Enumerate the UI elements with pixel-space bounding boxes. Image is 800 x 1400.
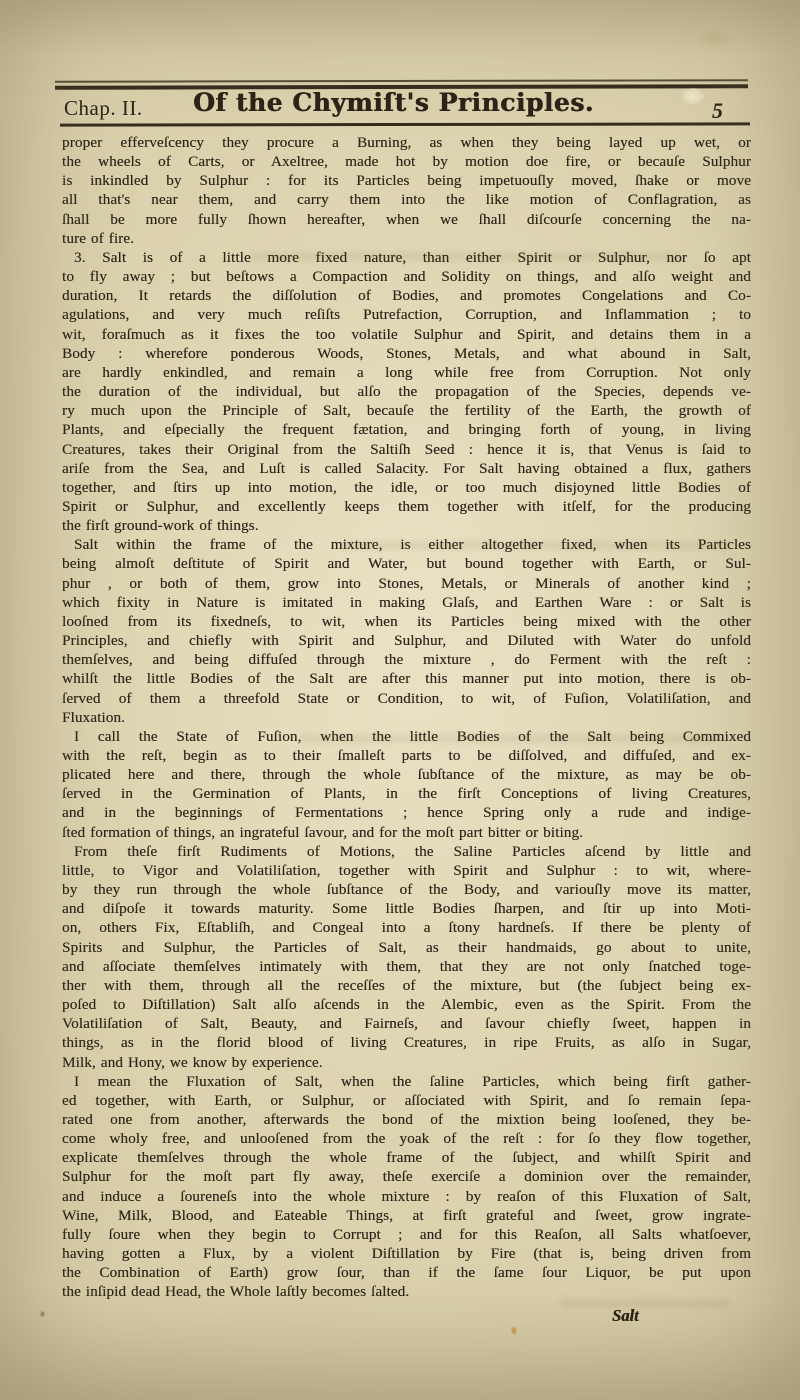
text-line: are hardly enkindled, and remain a long … xyxy=(62,363,751,382)
text-line: themſelves, and being diffuſed through t… xyxy=(62,650,751,669)
text-line: to fly away ; but beſtows a Compaction a… xyxy=(62,267,751,286)
text-line: duration, It retards the diſſolution of … xyxy=(62,286,751,305)
text-line: which fixity in Nature is imitated in ma… xyxy=(62,593,751,612)
text-line: ther with them, through all the receſſes… xyxy=(62,976,751,995)
text-line: the wheels of Carts, or Axeltree, made h… xyxy=(62,152,751,171)
paper-crease-blemish xyxy=(682,88,704,104)
text-line: rated one from another, afterwards the b… xyxy=(62,1110,751,1129)
text-line: looſned from its fixedneſs, to wit, when… xyxy=(62,612,751,631)
text-line: fully ſoure when they begin to Corrupt ;… xyxy=(62,1225,751,1244)
text-line: whilſt the little Bodies of the Salt are… xyxy=(62,669,751,688)
book-page: Chap. II. Of the Chymiſt's Principles. 5… xyxy=(0,0,800,1400)
text-line: explicate themſelves through the whole f… xyxy=(62,1148,751,1167)
text-line: ſhall be more fully ſhown hereafter, whe… xyxy=(62,210,751,229)
text-line: Plants, and eſpecially the frequent fæta… xyxy=(62,420,751,439)
text-line: things, as in the florid blood of living… xyxy=(62,1033,751,1052)
text-line: together, and ſtirs up into motion, the … xyxy=(62,478,751,497)
text-line: and induce a ſoureneſs into the whole mi… xyxy=(62,1187,751,1206)
text-line: the firſt ground-work of things. xyxy=(62,516,751,535)
body-text: proper efferveſcency they procure a Burn… xyxy=(62,133,751,1302)
text-line: Salt within the frame of the mixture, is… xyxy=(62,535,751,554)
text-line: proper efferveſcency they procure a Burn… xyxy=(62,133,751,152)
header-rule-thin xyxy=(55,79,748,82)
chapter-label: Chap. II. xyxy=(64,96,143,121)
text-line: Principles, and chiefly with Spirit and … xyxy=(62,631,751,650)
text-line: 3. Salt is of a little more fixed nature… xyxy=(62,248,751,267)
text-line: and in the beginnings of Fermentations ;… xyxy=(62,803,751,822)
text-line: Spirits and Sulphur, the Particles of Sa… xyxy=(62,938,751,957)
text-line: ry much upon the Principle of Salt, beca… xyxy=(62,401,751,420)
text-line: wit, foraſmuch as it fixes the too volat… xyxy=(62,325,751,344)
text-line: Milk, and Hony, we know by experience. xyxy=(62,1053,751,1072)
text-line: little, to Vigor and Volatiliſation, tog… xyxy=(62,861,751,880)
text-line: ſerved in the Germination of Plants, in … xyxy=(62,784,751,803)
text-line: the duration of the individual, but alſo… xyxy=(62,382,751,401)
header-rule-bottom xyxy=(60,122,750,126)
text-line: and diſpoſe it towards maturity. Some li… xyxy=(62,899,751,918)
text-line: ſted formation of things, an ingrateful … xyxy=(62,823,751,842)
text-line: being almoſt deſtitute of Spirit and Wat… xyxy=(62,554,751,573)
text-line: by they run through the whole ſubſtance … xyxy=(62,880,751,899)
text-line: having gotten a Flux, by a violent Diſti… xyxy=(62,1244,751,1263)
text-line: ed together, with Earth, or Sulphur, or … xyxy=(62,1091,751,1110)
text-line: the inſipid dead Head, the Whole laſtly … xyxy=(62,1282,751,1301)
text-line: agulations, and very much reſiſts Putref… xyxy=(62,305,751,324)
text-line: From theſe firſt Rudiments of Motions, t… xyxy=(62,842,751,861)
text-line: plicated here and there, through the who… xyxy=(62,765,751,784)
text-line: phur , or both of them, grow into Stones… xyxy=(62,574,751,593)
text-line: Body : wherefore ponderous Woods, Stones… xyxy=(62,344,751,363)
text-line: come wholy free, and unlooſened from the… xyxy=(62,1129,751,1148)
text-line: on, others Fix, Eſtabliſh, and Congeal i… xyxy=(62,918,751,937)
catchword: Salt xyxy=(612,1306,639,1326)
paper-discoloration xyxy=(700,30,730,48)
paper-stain-spot xyxy=(511,1326,517,1335)
text-line: Volatiliſation of Salt, Beauty, and Fair… xyxy=(62,1014,751,1033)
text-line: the Combination of Earth) grow ſour, tha… xyxy=(62,1263,751,1282)
text-line: and aſſociate themſelves intimately with… xyxy=(62,957,751,976)
text-line: is inkindled by Sulphur : for its Partic… xyxy=(62,171,751,190)
text-line: ariſe from the Sea, and Luſt is called S… xyxy=(62,459,751,478)
page-title: Of the Chymiſt's Principles. xyxy=(193,88,594,117)
text-line: Wine, Milk, Blood, and Eateable Things, … xyxy=(62,1206,751,1225)
text-line: Creatures, takes their Original from the… xyxy=(62,440,751,459)
text-line: I call the State of Fuſion, when the lit… xyxy=(62,727,751,746)
text-line: poſed to Diſtillation) Salt alſo aſcends… xyxy=(62,995,751,1014)
text-line: with the reſt, begin as to their ſmalleſ… xyxy=(62,746,751,765)
text-line: I mean the Fluxation of Salt, when the ſ… xyxy=(62,1072,751,1091)
text-line: ture of fire. xyxy=(62,229,751,248)
ink-speck xyxy=(40,1311,45,1317)
text-line: Fluxation. xyxy=(62,708,751,727)
text-line: all that's near them, and carry them int… xyxy=(62,190,751,209)
text-line: Spirit or Sulphur, and excellently keeps… xyxy=(62,497,751,516)
text-line: Sulphur for the moſt part fly away, theſ… xyxy=(62,1167,751,1186)
text-line: ſerved of them a threefold State or Cond… xyxy=(62,689,751,708)
page-number: 5 xyxy=(712,98,723,124)
